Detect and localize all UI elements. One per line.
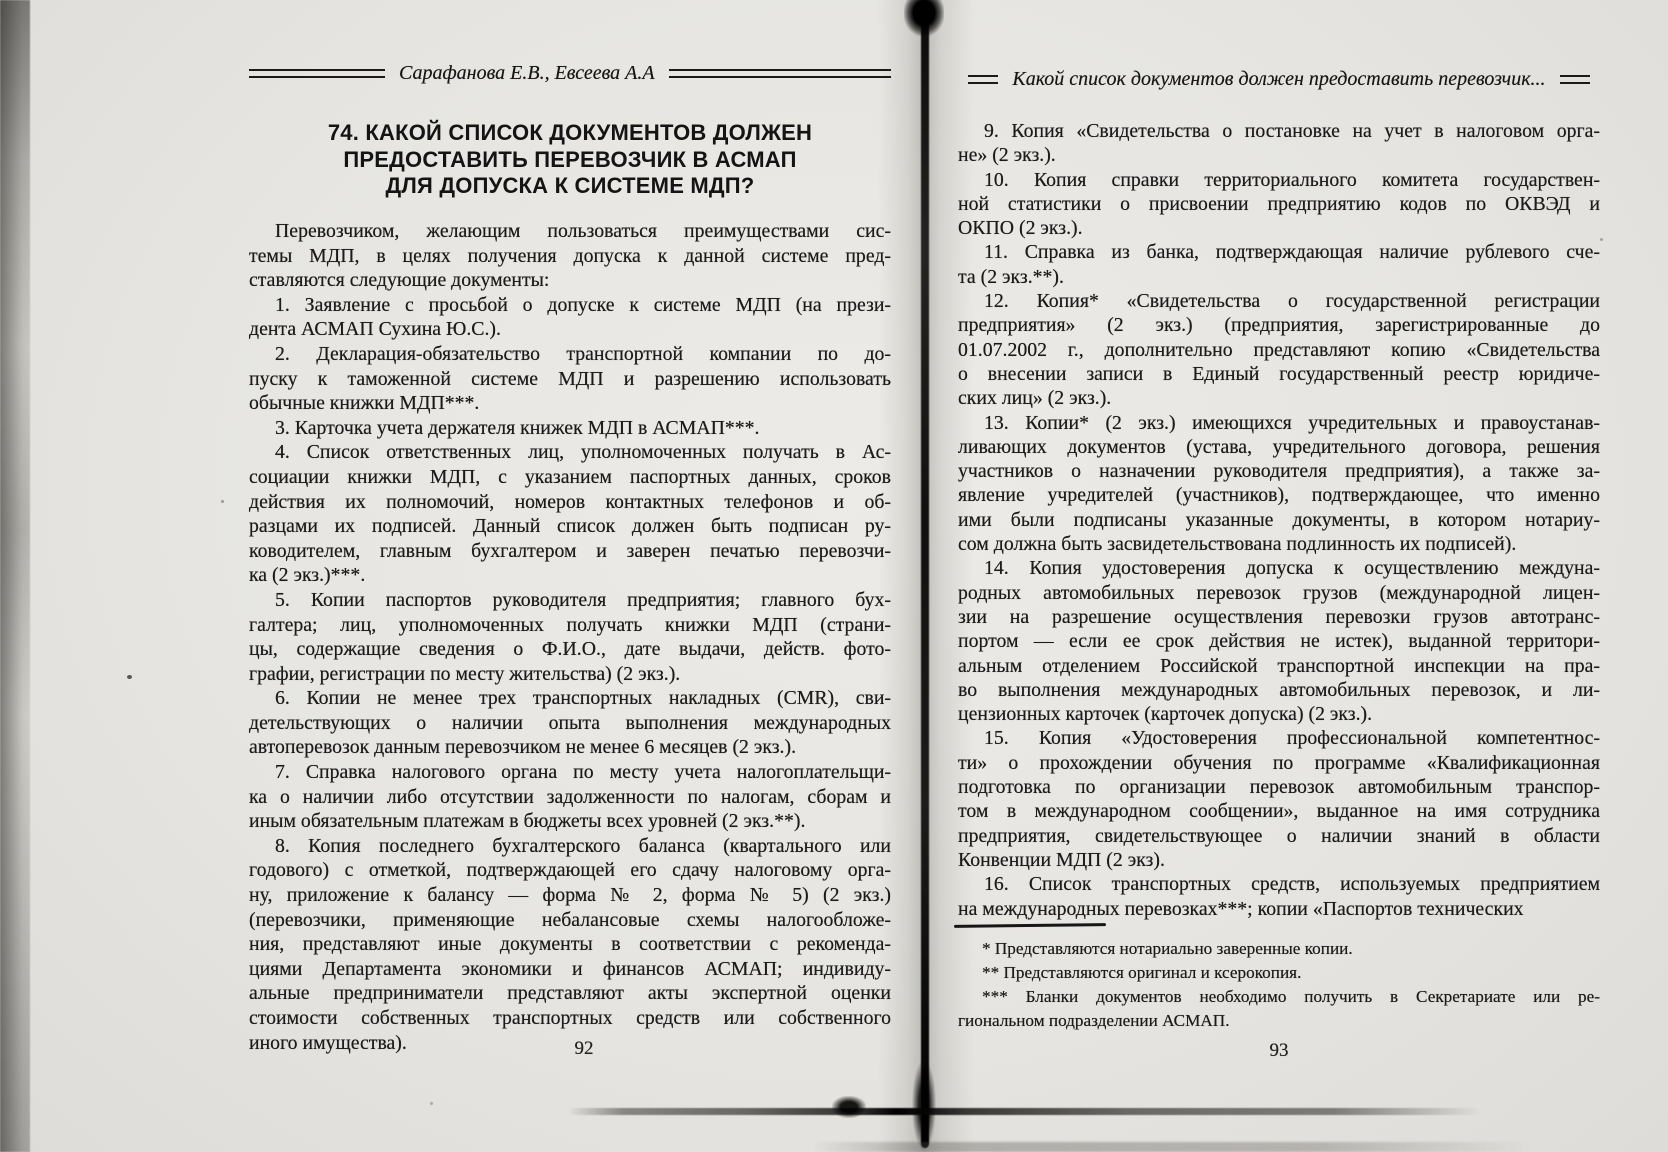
chapter-title: 74. КАКОЙ СПИСОК ДОКУМЕНТОВ ДОЛЖЕН ПРЕДО…	[249, 120, 891, 200]
text-line: зии на разрешение осуществления перевозк…	[958, 605, 1600, 629]
right-page: Какой список документов должен предостав…	[958, 0, 1600, 1152]
paragraph: 4. Список ответственных лиц, уполномочен…	[249, 440, 891, 588]
right-page-body-text: 9. Копия «Свидетельства о постановке на …	[958, 119, 1600, 921]
text-line: подготовка по организации перевозок авто…	[958, 775, 1600, 799]
running-header-chapter: Какой список документов должен предостав…	[998, 68, 1559, 91]
text-line: ставляются следующие документы:	[249, 268, 891, 293]
scan-left-edge-shadow	[0, 0, 30, 1152]
text-line: 1. Заявление с просьбой о допуске к сист…	[249, 293, 891, 318]
paragraph: 10. Копия справки территориального комит…	[958, 168, 1600, 241]
text-line: предприятия, свидетельствующее о наличии…	[958, 824, 1600, 848]
chapter-title-line: ДЛЯ ДОПУСКА К СИСТЕМЕ МДП?	[249, 173, 891, 200]
text-line: 13. Копии* (2 экз.) имеющихся учредитель…	[958, 411, 1600, 435]
text-line: *** Бланки документов необходимо получит…	[958, 985, 1600, 1009]
header-rule-right	[669, 69, 891, 78]
text-line: Перевозчиком, желающим пользоваться преи…	[249, 219, 891, 244]
text-line: ной статистики о присвоении предприятию …	[958, 192, 1600, 216]
text-line: 8. Копия последнего бухгалтерского балан…	[249, 834, 891, 859]
text-line: ну, приложение к балансу — форма № 2, фо…	[249, 883, 891, 908]
scan-speck	[221, 500, 224, 503]
text-line: 10. Копия справки территориального комит…	[958, 168, 1600, 192]
text-line: ** Представляются оригинал и ксерокопия.	[958, 961, 1600, 985]
paragraph: *** Бланки документов необходимо получит…	[958, 985, 1600, 1033]
text-line: явление учредителей (участников), подтве…	[958, 483, 1600, 507]
text-line: (перевозчики, применяющие небалансовые с…	[249, 908, 891, 933]
text-line: альным отделением Российской транспортно…	[958, 654, 1600, 678]
chapter-title-line: ПРЕДОСТАВИТЬ ПЕРЕВОЗЧИК В АСМАП	[249, 147, 891, 174]
paragraph: 1. Заявление с просьбой о допуске к сист…	[249, 293, 891, 342]
paragraph: 16. Список транспортных средств, использ…	[958, 872, 1600, 921]
footnote-divider	[954, 923, 1106, 928]
scan-speck	[1600, 238, 1603, 241]
text-line: родных автомобильных перевозок грузов (м…	[958, 581, 1600, 605]
text-line: портом — если ее срок действия не истек)…	[958, 629, 1600, 653]
text-line: 3. Карточка учета держателя книжек МДП в…	[249, 416, 891, 441]
paragraph: 14. Копия удостоверения допуска к осущес…	[958, 556, 1600, 726]
paragraph: 9. Копия «Свидетельства о постановке на …	[958, 119, 1600, 168]
text-line: гиональном подразделении АСМАП.	[958, 1009, 1600, 1033]
paragraph: 2. Декларация-обязательство транспортной…	[249, 342, 891, 416]
running-header-right: Какой список документов должен предостав…	[958, 68, 1600, 91]
text-line: та (2 экз.**).	[958, 265, 1600, 289]
paragraph: 11. Справка из банка, подтверждающая нал…	[958, 240, 1600, 289]
text-line: обычные книжки МДП***.	[249, 391, 891, 416]
text-line: ими были подписаны указанные документы, …	[958, 508, 1600, 532]
text-line: социации книжки МДП, с указанием паспорт…	[249, 465, 891, 490]
text-line: 2. Декларация-обязательство транспортной…	[249, 342, 891, 367]
text-line: Конвенции МДП (2 экз).	[958, 848, 1600, 872]
book-spine-line	[921, 0, 929, 1148]
text-line: альные предприниматели представляют акты…	[249, 981, 891, 1006]
text-line: стоимости собственных транспортных средс…	[249, 1006, 891, 1031]
text-line: дента АСМАП Сухина Ю.С.).	[249, 317, 891, 342]
text-line: ния, представляют иные документы в соотв…	[249, 932, 891, 957]
paragraph: 15. Копия «Удостоверения профессионально…	[958, 726, 1600, 872]
header-rule-mark-right	[1560, 75, 1590, 84]
text-line: * Представляются нотариально заверенные …	[958, 937, 1600, 961]
running-header-left: Сарафанова Е.В., Евсеева А.А	[249, 62, 891, 85]
text-line: графии, регистрации по месту жительства)…	[249, 662, 891, 687]
text-line: сом должна быть засвидетельствована подл…	[958, 532, 1600, 556]
text-line: 6. Копии не менее трех транспортных накл…	[249, 686, 891, 711]
text-line: 4. Список ответственных лиц, уполномочен…	[249, 440, 891, 465]
text-line: автоперевозок данным перевозчиком не мен…	[249, 735, 891, 760]
text-line: ка (2 экз.)***.	[249, 563, 891, 588]
text-line: циями Департамента экономики и финансов …	[249, 957, 891, 982]
paragraph: Перевозчиком, желающим пользоваться преи…	[249, 219, 891, 293]
text-line: том в международном сообщении», выданное…	[958, 799, 1600, 823]
text-line: галтера; лиц, уполномоченных получать кн…	[249, 613, 891, 638]
text-line: темы МДП, в целях получения допуска к да…	[249, 244, 891, 269]
spine-bottom-ink-mark	[912, 1060, 936, 1150]
text-line: пуску к таможенной системе МДП и разреше…	[249, 367, 891, 392]
text-line: ских лиц» (2 экз.).	[958, 386, 1600, 410]
text-line: 01.07.2002 г., дополнительно представляю…	[958, 338, 1600, 362]
paragraph: 6. Копии не менее трех транспортных накл…	[249, 686, 891, 760]
text-line: 7. Справка налогового органа по месту уч…	[249, 760, 891, 785]
paragraph: 8. Копия последнего бухгалтерского балан…	[249, 834, 891, 1055]
paragraph: 13. Копии* (2 экз.) имеющихся учредитель…	[958, 411, 1600, 557]
page-number-left: 92	[249, 1038, 891, 1060]
left-page-body-text: Перевозчиком, желающим пользоваться преи…	[249, 219, 891, 1055]
text-line: не» (2 экз.).	[958, 143, 1600, 167]
text-line: разцами их подписей. Данный список долже…	[249, 514, 891, 539]
text-line: 9. Копия «Свидетельства о постановке на …	[958, 119, 1600, 143]
paragraph: ** Представляются оригинал и ксерокопия.	[958, 961, 1600, 985]
text-line: на международных перевозках***; копии «П…	[958, 897, 1600, 921]
text-line: 11. Справка из банка, подтверждающая нал…	[958, 240, 1600, 264]
text-line: ка о наличии либо отсутствии задолженнос…	[249, 785, 891, 810]
running-header-authors: Сарафанова Е.В., Евсеева А.А	[385, 62, 669, 85]
paragraph: 7. Справка налогового органа по месту уч…	[249, 760, 891, 834]
text-line: 16. Список транспортных средств, использ…	[958, 872, 1600, 896]
text-line: ти» о прохождении обучения по программе …	[958, 751, 1600, 775]
book-scan: Сарафанова Е.В., Евсеева А.А 74. КАКОЙ С…	[0, 0, 1668, 1152]
text-line: ОКПО (2 экз.).	[958, 216, 1600, 240]
text-line: 5. Копии паспортов руководителя предприя…	[249, 588, 891, 613]
page-number-right: 93	[958, 1040, 1600, 1062]
footnotes: * Представляются нотариально заверенные …	[958, 937, 1600, 1033]
text-line: 12. Копия* «Свидетельства о государствен…	[958, 289, 1600, 313]
left-page: Сарафанова Е.В., Евсеева А.А 74. КАКОЙ С…	[249, 0, 891, 1152]
header-rule-mark-left	[968, 75, 998, 84]
text-line: годового) с отметкой, подтверждающей его…	[249, 858, 891, 883]
text-line: цензионных карточек (карточек допуска) (…	[958, 702, 1600, 726]
header-rule-left	[249, 69, 385, 78]
paragraph: 12. Копия* «Свидетельства о государствен…	[958, 289, 1600, 410]
chapter-title-line: 74. КАКОЙ СПИСОК ДОКУМЕНТОВ ДОЛЖЕН	[249, 120, 891, 147]
text-line: о внесении записи в Единый государственн…	[958, 362, 1600, 386]
paragraph: 5. Копии паспортов руководителя предприя…	[249, 588, 891, 686]
text-line: участников о назначении руководителя пре…	[958, 459, 1600, 483]
spine-top-ink-mark	[904, 0, 944, 36]
text-line: предприятия» (2 экз.) (предприятия, заре…	[958, 313, 1600, 337]
text-line: цы, содержащие сведения о Ф.И.О., дате в…	[249, 637, 891, 662]
text-line: ководителем, главным бухгалтером и завер…	[249, 539, 891, 564]
paragraph: 3. Карточка учета держателя книжек МДП в…	[249, 416, 891, 441]
text-line: 14. Копия удостоверения допуска к осущес…	[958, 556, 1600, 580]
text-line: действия их полномочий, номеров контактн…	[249, 490, 891, 515]
text-line: детельствующих о наличии опыта выполнени…	[249, 711, 891, 736]
text-line: иным обязательным платежам в бюджеты все…	[249, 809, 891, 834]
text-line: ливающих документов (устава, учредительн…	[958, 435, 1600, 459]
text-line: во выполнения международных автомобильны…	[958, 678, 1600, 702]
scan-speck	[127, 675, 132, 679]
text-line: 15. Копия «Удостоверения профессионально…	[958, 726, 1600, 750]
paragraph: * Представляются нотариально заверенные …	[958, 937, 1600, 961]
